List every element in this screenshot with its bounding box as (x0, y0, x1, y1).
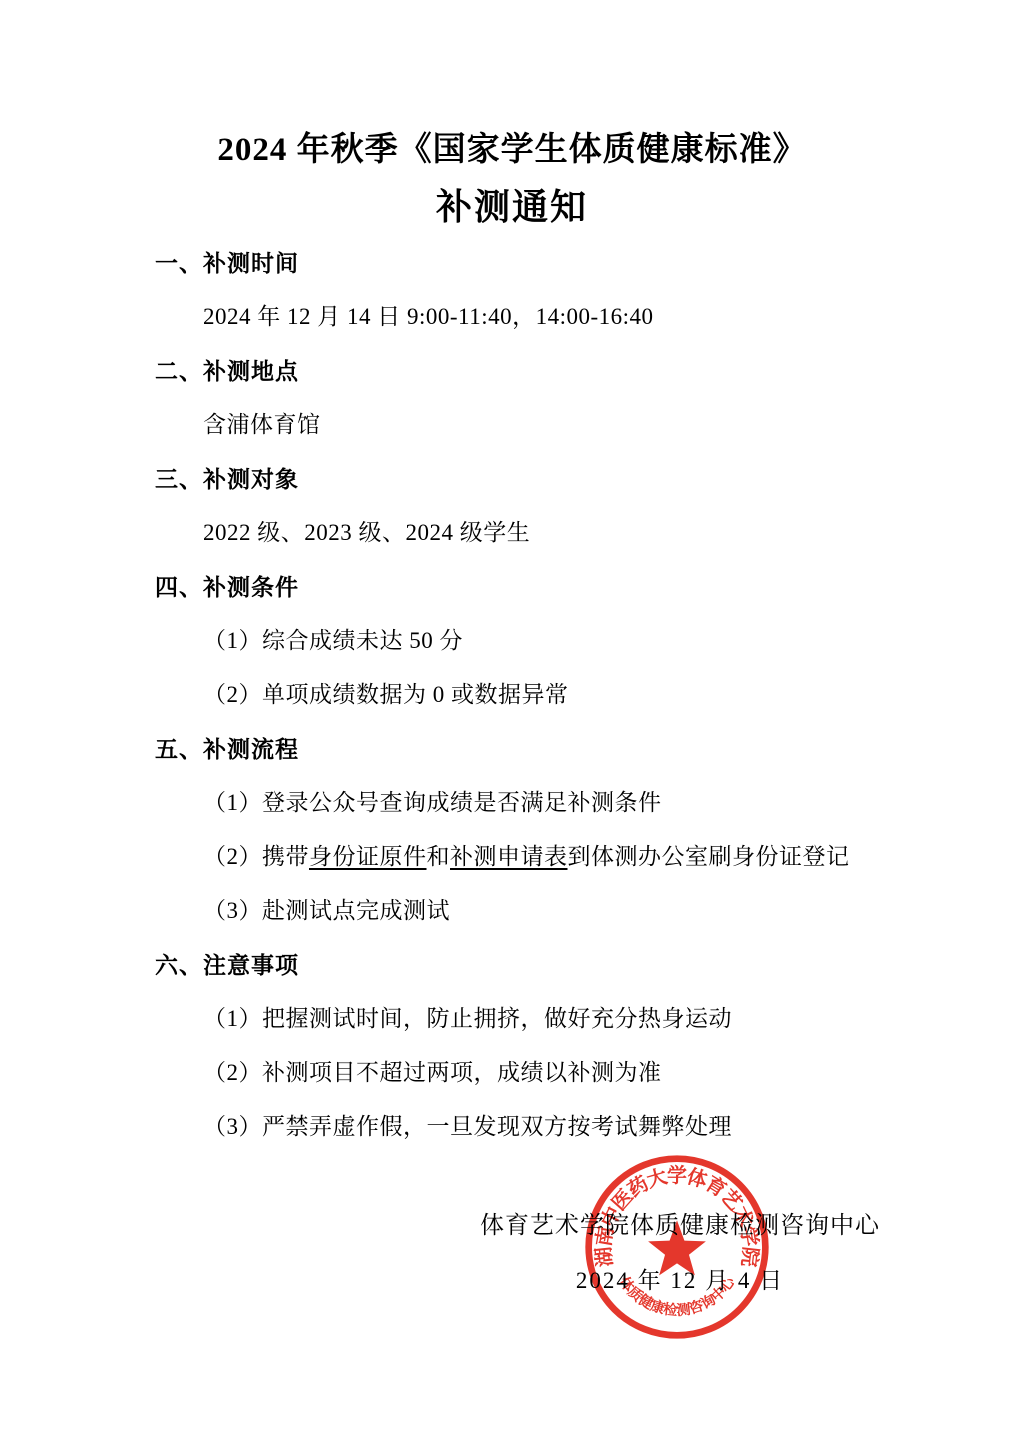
section-heading-test-time: 一、补测时间 (155, 248, 929, 278)
document-page: 2024 年秋季《国家学生体质健康标准》 补测通知 一、补测时间 2024 年 … (0, 0, 1024, 1448)
section-item: （2）补测项目不超过两项，成绩以补测为准 (155, 1058, 929, 1088)
underlined-text-application-form: 补测申请表 (450, 844, 568, 869)
section-item: （3）严禁弄虚作假，一旦发现双方按考试舞弊处理 (155, 1112, 929, 1142)
item-text: 到体测办公室刷身份证登记 (568, 844, 850, 869)
item-text: （2）携带 (203, 844, 309, 869)
section-item: （2）携带身份证原件和补测申请表到体测办公室刷身份证登记 (155, 842, 929, 872)
signature-block: 体育艺术学院体质健康检测咨询中心 2024 年 12 月 4 日 (336, 1210, 1024, 1296)
signature-org: 体育艺术学院体质健康检测咨询中心 (336, 1210, 1024, 1242)
section-heading-test-targets: 三、补测对象 (155, 464, 929, 494)
section-item: （1）综合成绩未达 50 分 (155, 626, 929, 656)
section-item: （1）登录公众号查询成绩是否满足补测条件 (155, 788, 929, 818)
title-line-1: 2024 年秋季《国家学生体质健康标准》 (0, 126, 1024, 174)
underlined-text-id-card: 身份证原件 (309, 844, 427, 869)
section-item: （2）单项成绩数据为 0 或数据异常 (155, 680, 929, 710)
section-item: 含浦体育馆 (155, 410, 929, 440)
section-item: （1）把握测试时间，防止拥挤，做好充分热身运动 (155, 1004, 929, 1034)
document-body: 一、补测时间 2024 年 12 月 14 日 9:00-11:40，14:00… (155, 248, 929, 1142)
section-heading-test-conditions: 四、补测条件 (155, 572, 929, 602)
section-heading-test-location: 二、补测地点 (155, 356, 929, 386)
section-heading-notes: 六、注意事项 (155, 950, 929, 980)
title-line-2: 补测通知 (0, 182, 1024, 232)
document-title: 2024 年秋季《国家学生体质健康标准》 补测通知 (0, 0, 1024, 232)
item-text: 和 (427, 844, 451, 869)
section-heading-test-procedure: 五、补测流程 (155, 734, 929, 764)
section-item: （3）赴测试点完成测试 (155, 896, 929, 926)
section-item: 2024 年 12 月 14 日 9:00-11:40，14:00-16:40 (155, 302, 929, 332)
signature-date: 2024 年 12 月 4 日 (336, 1266, 1024, 1296)
section-item: 2022 级、2023 级、2024 级学生 (155, 518, 929, 548)
